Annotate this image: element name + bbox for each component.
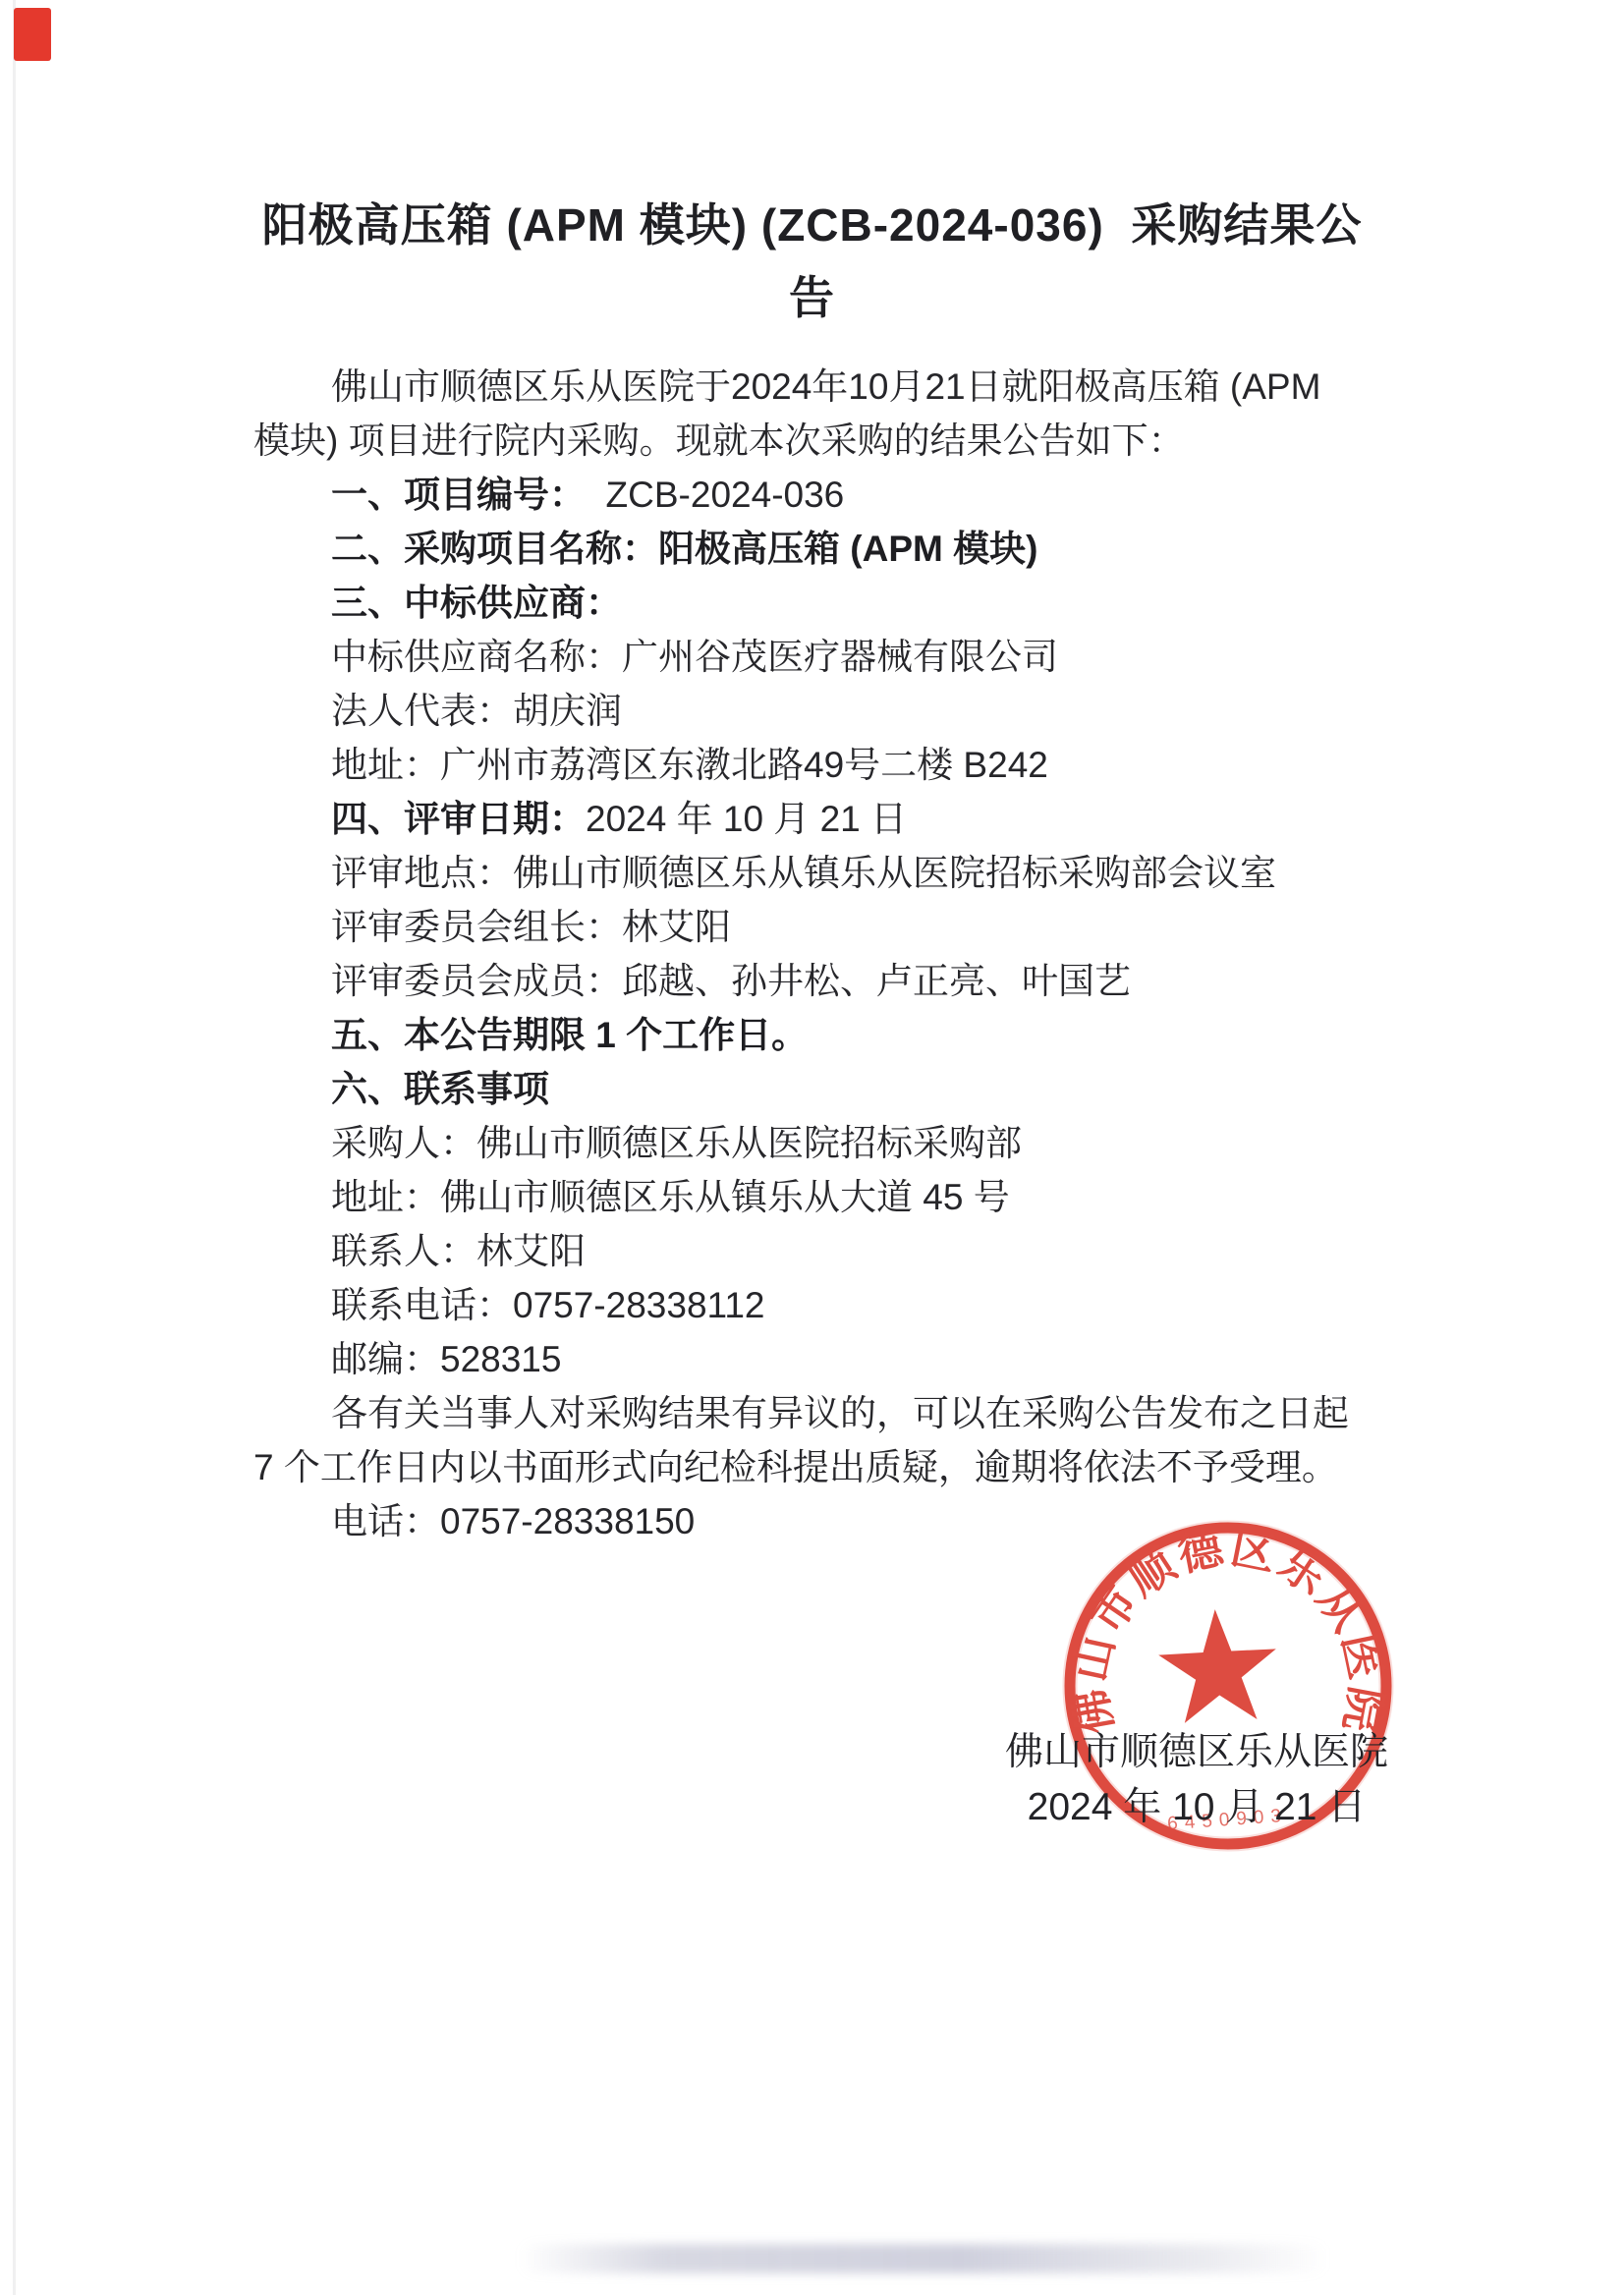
body-line: 法人代表：胡庆润 [253, 684, 1418, 738]
body-text: 评审委员会成员：邱越、孙井松、卢正亮、叶国艺 [331, 961, 1131, 1001]
scan-edge-artifact [13, 0, 16, 2295]
body-line: 联系人：林艾阳 [253, 1224, 1418, 1278]
body-text: 采购人：佛山市顺德区乐从医院招标采购部 [331, 1123, 1022, 1163]
body-text: 评审委员会组长：林艾阳 [331, 907, 731, 947]
body-line: 评审委员会成员：邱越、孙井松、卢正亮、叶国艺 [253, 954, 1418, 1008]
body-text-bold: 六、联系事项 [331, 1069, 549, 1109]
body-text: 电话：0757-28338150 [331, 1501, 695, 1541]
body-text: 地址：佛山市顺德区乐从镇乐从大道 45 号 [331, 1177, 1010, 1217]
document-title-line2: 告 [0, 261, 1624, 334]
signature-block: 佛山市顺德区乐从医院 2024 年 10 月 21 日 [996, 1725, 1397, 1835]
body-text: 各有关当事人对采购结果有异议的，可以在采购公告发布之日起 [331, 1393, 1349, 1433]
body-text-bold: 三、中标供应商： [331, 583, 622, 623]
body-text: 中标供应商名称：广州谷茂医疗器械有限公司 [331, 637, 1058, 677]
body-text-bold: 一、项目编号： [331, 475, 586, 515]
body-text-bold: 四、评审日期： [331, 799, 586, 839]
body-line: 联系电话：0757-28338112 [253, 1278, 1418, 1332]
seal-star-icon [1156, 1606, 1280, 1724]
body-line: 二、采购项目名称：阳极高压箱 (APM 模块) [253, 522, 1418, 576]
scan-smudge-artifact [519, 2244, 1328, 2273]
body-line: 中标供应商名称：广州谷茂医疗器械有限公司 [253, 630, 1418, 684]
body-line: 地址：佛山市顺德区乐从镇乐从大道 45 号 [253, 1170, 1418, 1224]
body-line: 各有关当事人对采购结果有异议的，可以在采购公告发布之日起 [253, 1386, 1418, 1440]
document-title-line1: 阳极高压箱 (APM 模块) (ZCB-2024-036) 采购结果公 [0, 189, 1624, 261]
body-line: 评审委员会组长：林艾阳 [253, 900, 1418, 954]
document-body: 佛山市顺德区乐从医院于2024年10月21日就阳极高压箱 (APM模块) 项目进… [253, 360, 1418, 1548]
red-corner-mark [14, 8, 51, 61]
body-text-bold: 二、采购项目名称：阳极高压箱 (APM 模块) [331, 529, 1037, 569]
body-text: 评审地点：佛山市顺德区乐从镇乐从医院招标采购部会议室 [331, 853, 1276, 893]
body-line: 四、评审日期：2024 年 10 月 21 日 [253, 792, 1418, 846]
signature-organization: 佛山市顺德区乐从医院 [996, 1725, 1397, 1780]
body-text: 7 个工作日内以书面形式向纪检科提出质疑，逾期将依法不予受理。 [253, 1447, 1338, 1487]
body-text: 邮编：528315 [331, 1339, 561, 1379]
body-line: 地址：广州市荔湾区东漖北路49号二楼 B242 [253, 738, 1418, 792]
document-page: 阳极高压箱 (APM 模块) (ZCB-2024-036) 采购结果公 告 佛山… [0, 0, 1624, 2295]
body-text: 佛山市顺德区乐从医院于2024年10月21日就阳极高压箱 (APM [331, 366, 1320, 407]
body-text: 联系电话：0757-28338112 [331, 1285, 765, 1325]
seal-arc-text: 佛山市顺德区乐从医院 [1064, 1522, 1391, 1738]
body-line: 三、中标供应商： [253, 576, 1418, 630]
body-text: 2024 年 10 月 21 日 [586, 799, 907, 839]
body-line: 邮编：528315 [253, 1332, 1418, 1386]
body-line: 评审地点：佛山市顺德区乐从镇乐从医院招标采购部会议室 [253, 846, 1418, 900]
body-text: 法人代表：胡庆润 [331, 691, 622, 731]
body-text: ZCB-2024-036 [586, 475, 844, 515]
body-text: 联系人：林艾阳 [331, 1231, 586, 1271]
signature-date: 2024 年 10 月 21 日 [996, 1780, 1397, 1835]
body-line: 模块) 项目进行院内采购。现就本次采购的结果公告如下： [253, 414, 1418, 468]
body-line: 7 个工作日内以书面形式向纪检科提出质疑，逾期将依法不予受理。 [253, 1440, 1418, 1494]
body-text: 模块) 项目进行院内采购。现就本次采购的结果公告如下： [253, 420, 1185, 461]
body-line: 采购人：佛山市顺德区乐从医院招标采购部 [253, 1116, 1418, 1170]
body-line: 一、项目编号： ZCB-2024-036 [253, 468, 1418, 522]
body-text: 地址：广州市荔湾区东漖北路49号二楼 B242 [331, 745, 1048, 785]
body-line: 佛山市顺德区乐从医院于2024年10月21日就阳极高压箱 (APM [253, 360, 1418, 414]
body-text-bold: 五、本公告期限 1 个工作日。 [331, 1015, 808, 1055]
body-line: 五、本公告期限 1 个工作日。 [253, 1008, 1418, 1062]
body-line: 六、联系事项 [253, 1062, 1418, 1116]
document-title: 阳极高压箱 (APM 模块) (ZCB-2024-036) 采购结果公 告 [0, 189, 1624, 334]
